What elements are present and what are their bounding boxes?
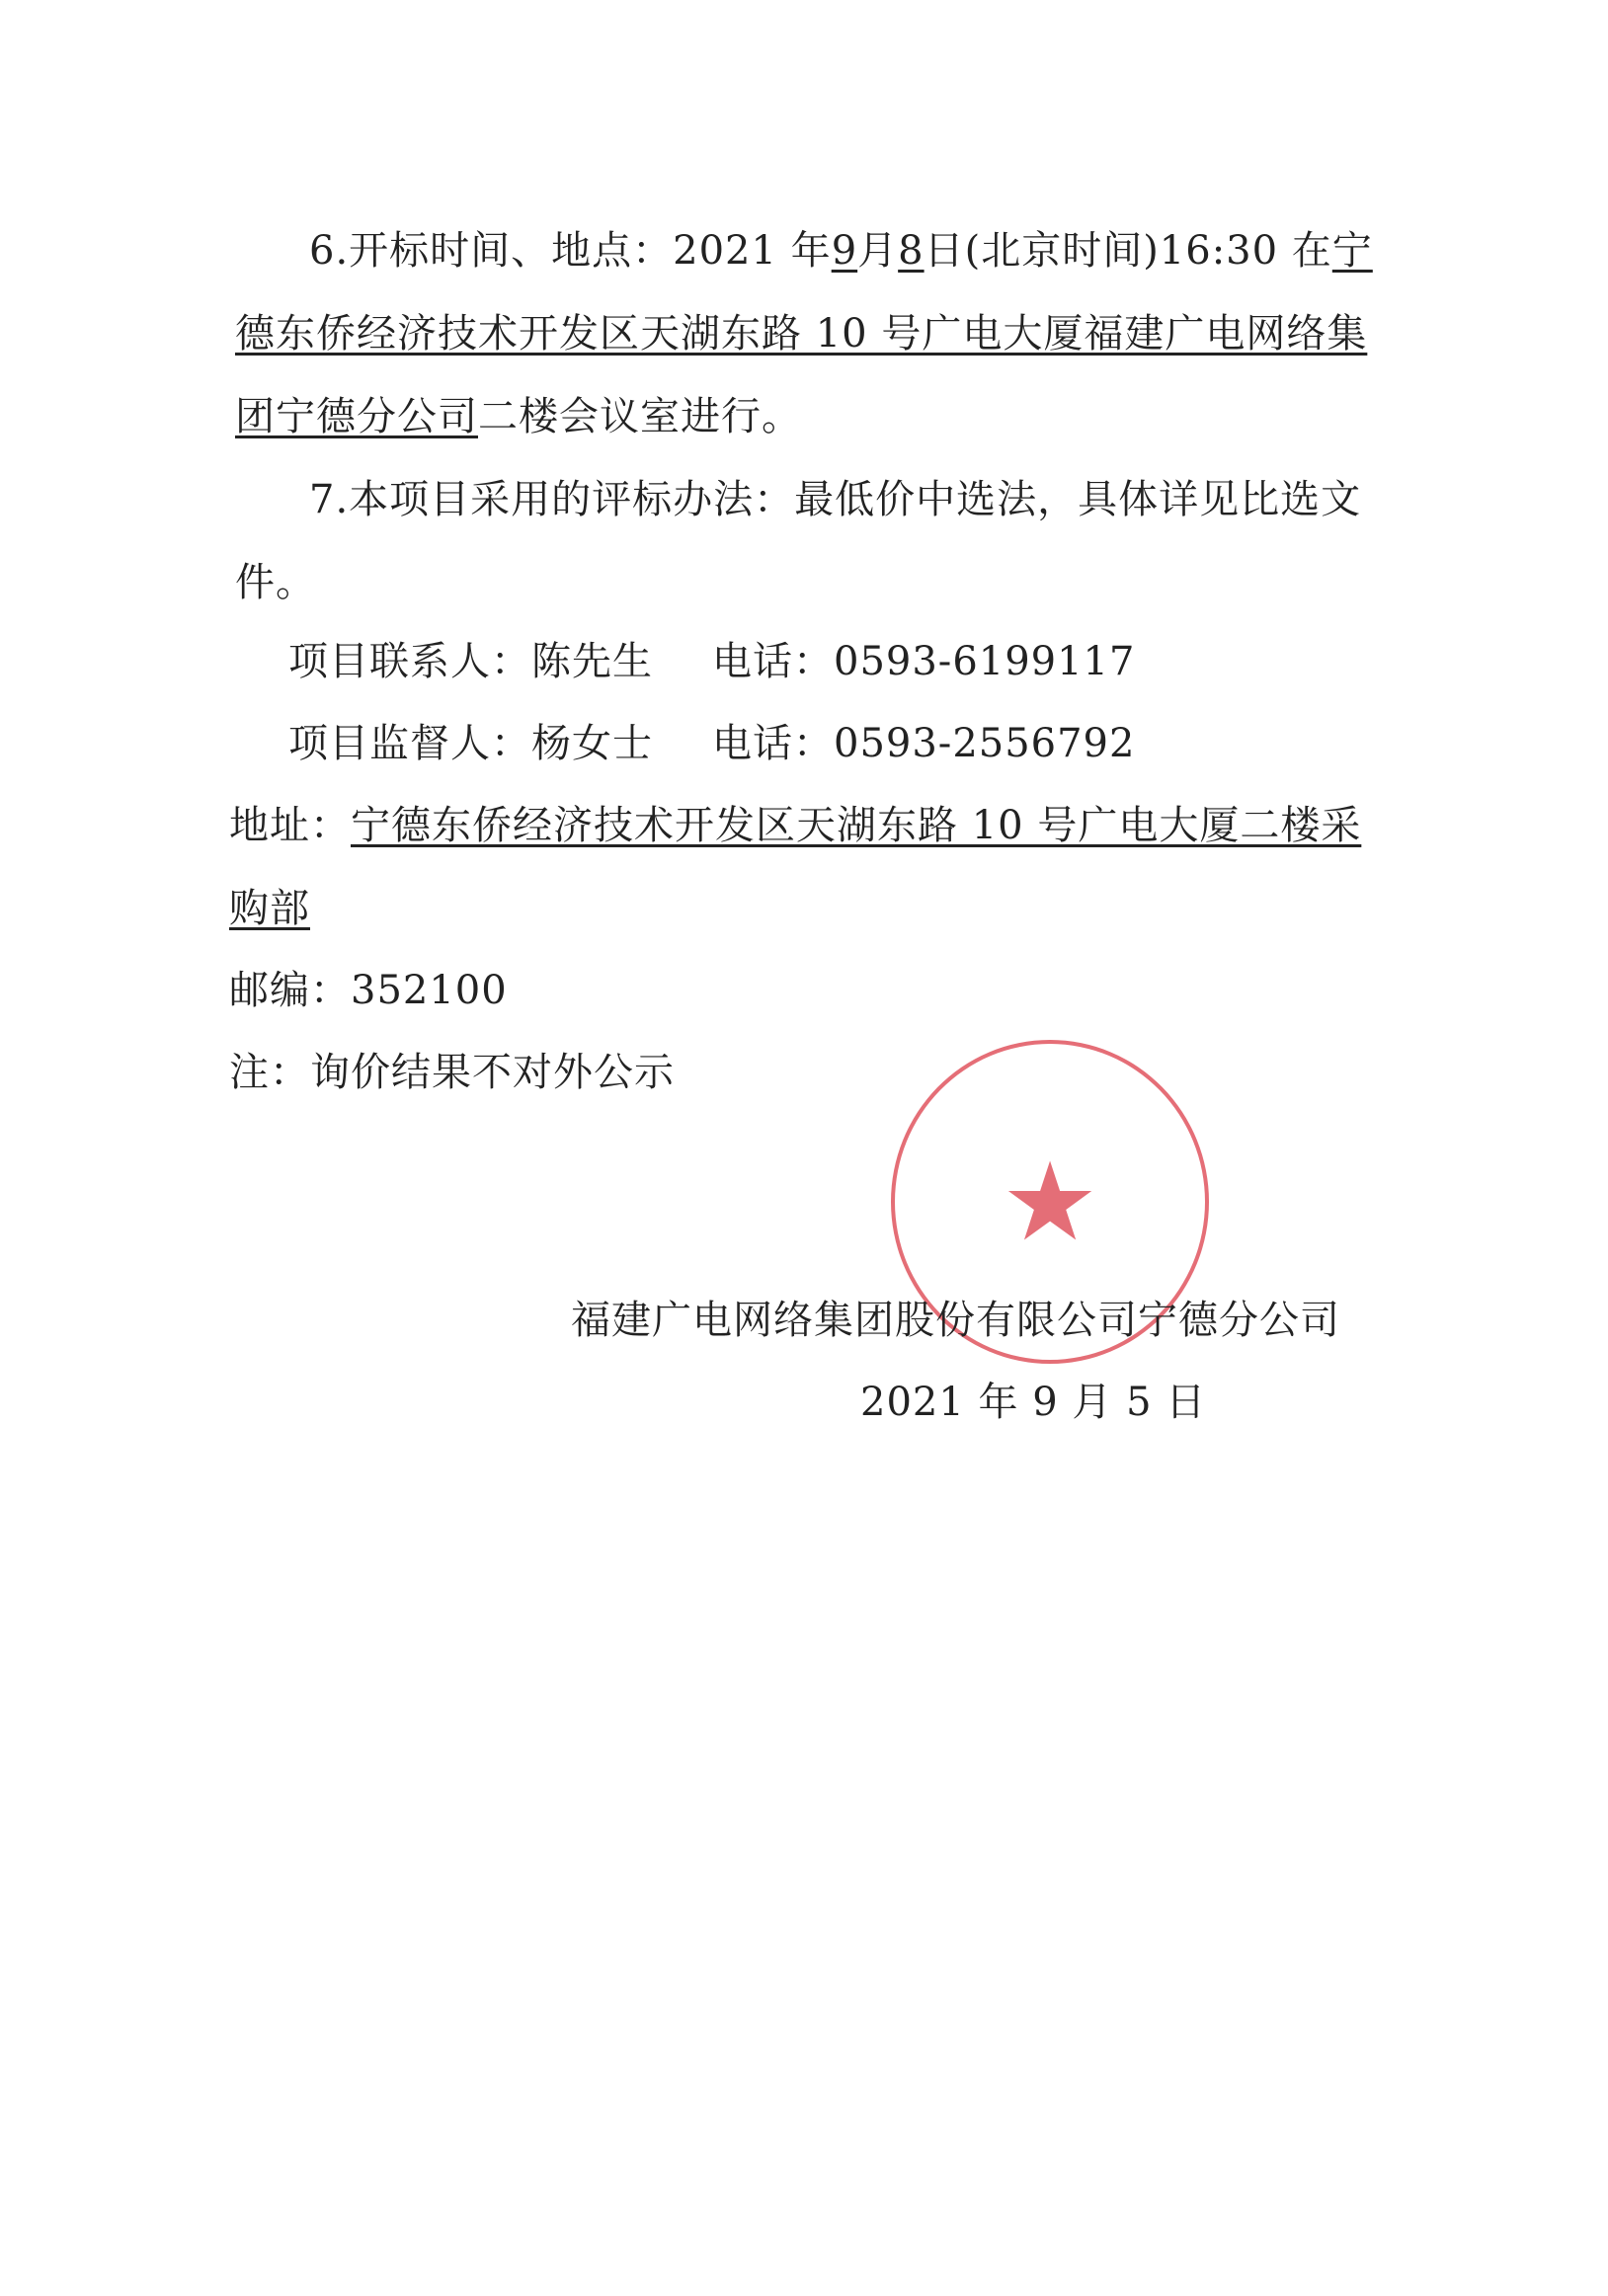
- contact-row: 项目联系人：陈先生电话：0593-6199117: [288, 638, 1135, 685]
- item-6-line-1: 6.开标时间、地点：2021 年9月8日(北京时间)16:30 在宁: [309, 227, 1373, 275]
- item-6-prefix: 6.开标时间、地点：2021 年: [309, 228, 832, 274]
- supervisor-role: 项目监督人：: [288, 721, 531, 766]
- note-value: 询价结果不对外公示: [310, 1050, 675, 1095]
- supervisor-name: 杨女士: [531, 721, 653, 766]
- phone-number: 0593-2556792: [834, 721, 1135, 766]
- signature-company: 福建广电网络集团股份有限公司宁德分公司: [571, 1297, 1340, 1344]
- item-6-time: 日(北京时间)16:30 在: [925, 228, 1332, 274]
- contact-name: 陈先生: [531, 639, 653, 684]
- item-7-line-1: 7.本项目采用的评标办法：最低价中选法，具体详见比选文: [309, 476, 1361, 523]
- note-label: 注：: [229, 1050, 310, 1095]
- item-6-day: 8: [898, 228, 924, 274]
- postcode-value: 352100: [351, 968, 508, 1013]
- address-value: 宁德东侨经济技术开发区天湖东路 10 号广电大厦二楼采: [351, 803, 1361, 848]
- item-6-line-2: 德东侨经济技术开发区天湖东路 10 号广电大厦福建广电网络集: [235, 310, 1367, 357]
- item-6-month: 9: [832, 228, 857, 274]
- contact-role: 项目联系人：: [288, 639, 531, 684]
- address-line-1: 地址：宁德东侨经济技术开发区天湖东路 10 号广电大厦二楼采: [229, 802, 1361, 849]
- signature-date: 2021 年 9 月 5 日: [860, 1379, 1206, 1426]
- postcode-label: 邮编：: [229, 968, 351, 1013]
- address-value-cont: 购部: [229, 886, 310, 931]
- item-6-place-part1: 宁: [1332, 228, 1373, 274]
- item-6-place-part2: 德东侨经济技术开发区天湖东路 10 号广电大厦福建广电网络集: [235, 311, 1367, 356]
- item-6-place-part3: 团宁德分公司: [235, 394, 478, 439]
- item-7-line-2: 件。: [235, 559, 316, 606]
- phone-number: 0593-6199117: [834, 639, 1135, 684]
- supervisor-row: 项目监督人：杨女士电话：0593-2556792: [288, 720, 1135, 767]
- item-6-month-unit: 月: [857, 228, 898, 274]
- note-line: 注：询价结果不对外公示: [229, 1049, 675, 1096]
- item-6-line-3: 团宁德分公司二楼会议室进行。: [235, 393, 802, 440]
- postcode-line: 邮编：352100: [229, 967, 508, 1014]
- phone-label: 电话：: [712, 721, 834, 766]
- address-label: 地址：: [229, 803, 351, 848]
- phone-label: 电话：: [712, 639, 834, 684]
- item-6-suffix: 二楼会议室进行。: [478, 394, 802, 439]
- address-line-2: 购部: [229, 885, 310, 932]
- star-icon: ★: [1002, 1148, 1099, 1256]
